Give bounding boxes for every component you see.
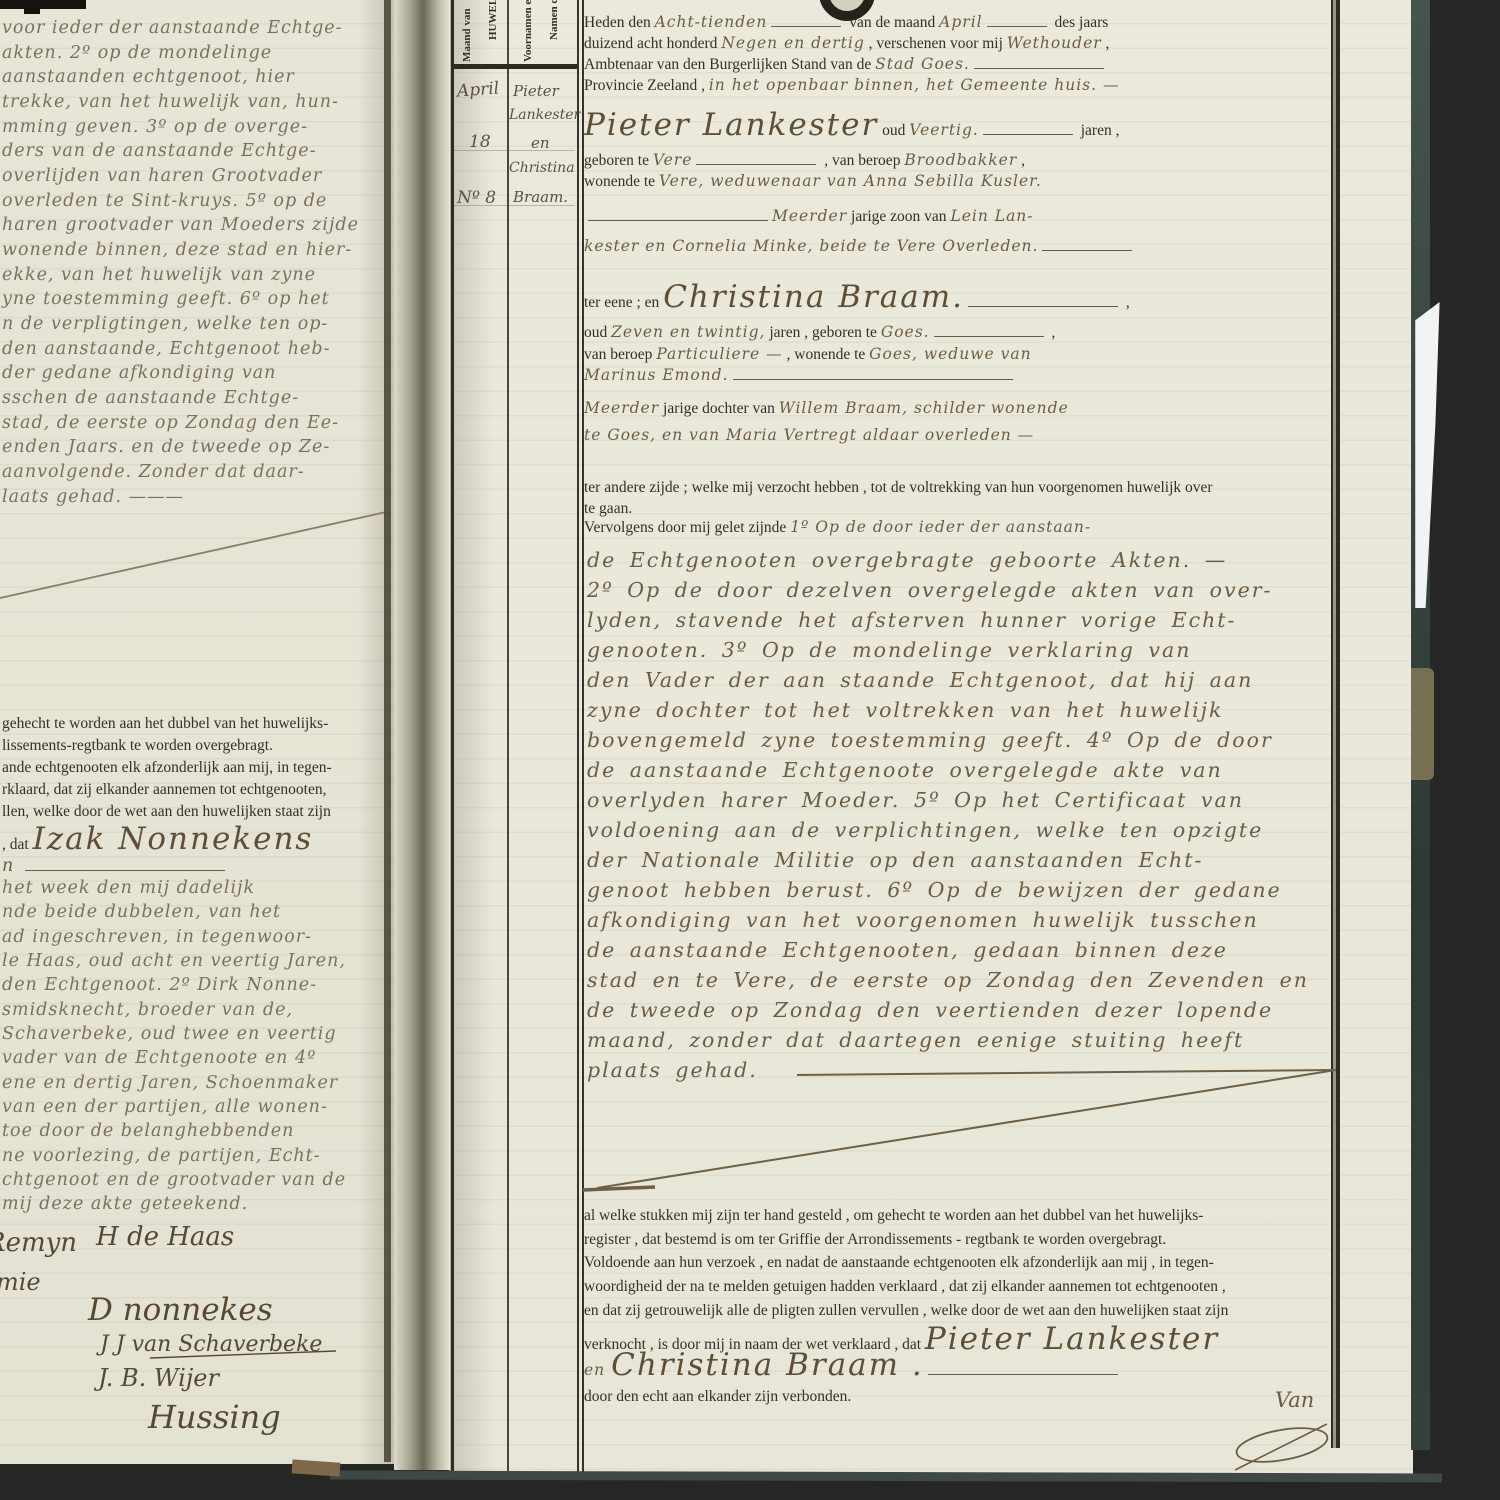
left-page-border-rule xyxy=(384,0,391,1462)
handwritten-line: ekke, van het huwelijk van zyne xyxy=(2,265,316,285)
handwritten-line: stad en te Vere, de eerste op Zondag den… xyxy=(587,968,1343,992)
form-line: Vervolgens door mij gelet zijnde 1º Op d… xyxy=(584,517,1344,538)
handwritten-line: voor ieder der aanstaande Echtge- xyxy=(2,18,343,38)
handwritten-text: Izak Nonnekens xyxy=(33,821,314,857)
spouse-name-entry: Braam. xyxy=(513,188,568,206)
printed-text: en dat zij getrouwelijk alle de pligten … xyxy=(584,1302,1228,1319)
printed-text: jaren , xyxy=(1077,122,1120,139)
printed-line: lissements-regtbank te worden overgebrag… xyxy=(2,737,273,755)
column-header-label: HUWELIJKS- xyxy=(487,0,499,40)
registrar-initial: Van xyxy=(1275,1388,1314,1412)
signature: mie xyxy=(0,1268,41,1296)
handwritten-line: afkondiging van het voorgenomen huwelijk… xyxy=(587,908,1343,932)
handwritten-line: laats gehad. ——— xyxy=(2,487,184,507)
printed-text: te gaan. xyxy=(584,500,632,517)
handwritten-line: aanvolgende. Zonder dat daar- xyxy=(2,462,305,482)
handwritten-text: Zeven en twintig, xyxy=(611,323,765,341)
margin-double-rule xyxy=(577,0,584,1476)
printed-text: Voldoende aan hun verzoek , en nadat de … xyxy=(584,1254,1214,1271)
fill-line xyxy=(733,369,1013,380)
printed-text: , van beroep xyxy=(820,152,904,169)
scan-edge-mark xyxy=(24,9,40,14)
fill-line xyxy=(1042,240,1132,251)
handwritten-line: de aanstaande Echtgenooten, gedaan binne… xyxy=(587,938,1343,962)
handwritten-text: in het openbaar binnen, het Gemeente hui… xyxy=(709,76,1120,94)
scan-edge-mark xyxy=(0,0,86,9)
handwritten-text: Vere, weduwenaar van Anna Sebilla Kusler… xyxy=(659,172,1042,190)
spouse-name-entry: en xyxy=(531,134,550,152)
printed-text: Provincie Zeeland , xyxy=(584,77,709,94)
column-header-rule xyxy=(454,64,577,69)
handwritten-line: aanstaanden echtgenoot, hier xyxy=(2,67,295,87)
handwritten-line: de aanstaande Echtgenoote overgelegde ak… xyxy=(587,758,1343,782)
column-header-month: Maand van HUWELIJKS- VOLTREKKING xyxy=(454,0,507,64)
signature: J J van Schaverbeke xyxy=(100,1332,322,1357)
printed-text: , xyxy=(1102,35,1110,52)
column-header-label: Maand van xyxy=(461,9,473,63)
printed-text: , verschenen voor mij xyxy=(865,35,1007,52)
printed-line: ande echtgenooten elk afzonderlijk aan m… xyxy=(2,759,332,777)
form-line: Marinus Emond. xyxy=(584,365,1344,386)
handwritten-line: den Vader der aan staande Echtgenoot, da… xyxy=(587,668,1343,692)
printed-text: Heden den xyxy=(584,14,655,31)
printed-text: , xyxy=(1122,294,1130,311)
spouse-name-entry: Lankester xyxy=(509,107,580,123)
handwritten-text: en xyxy=(584,1361,611,1379)
closing-line: door den echt aan elkander zijn verbonde… xyxy=(584,1386,1344,1407)
handwritten-line: de tweede op Zondag den veertienden deze… xyxy=(587,998,1343,1022)
signature: Remyn xyxy=(0,1228,77,1258)
form-line: duizend acht honderd Negen en dertig , v… xyxy=(584,33,1344,54)
printed-text: , wonende te xyxy=(783,346,870,363)
closing-line: woordigheid der na te melden getuigen ha… xyxy=(584,1276,1344,1297)
left-page: voor ieder der aanstaande Echtge- akten.… xyxy=(0,0,402,1464)
column-header-label: Namen der xyxy=(548,0,560,40)
handwritten-text: te Goes, en van Maria Vertregt aldaar ov… xyxy=(584,426,1034,444)
bookmark-slip xyxy=(1413,302,1441,608)
printed-text: register , dat bestemd is om ter Griffie… xyxy=(584,1231,1166,1248)
handwritten-text: April xyxy=(939,13,982,31)
handwritten-line: ne voorlezing, de partijen, Echt- xyxy=(2,1146,321,1166)
column-header-label: ECHTGENOOTEN xyxy=(574,0,575,40)
handwritten-line: plaats gehad. xyxy=(587,1058,1343,1082)
handwritten-text: Acht-tienden xyxy=(655,13,768,31)
fill-line xyxy=(928,1364,1118,1375)
handwritten-text: Negen en dertig xyxy=(721,34,864,52)
printed-line: gehecht te worden aan het dubbel van het… xyxy=(2,715,328,733)
leather-tab xyxy=(1411,668,1434,780)
printed-text: duizend acht honderd xyxy=(584,35,721,52)
handwritten-line: der Nationale Militie op den aanstaanden… xyxy=(587,848,1343,872)
handwritten-line: genoot hebben berust. 6º Op de bewijzen … xyxy=(587,878,1343,902)
strike-line-end xyxy=(583,1187,655,1190)
form-line: Meerder jarige zoon van Lein Lan- xyxy=(584,206,1344,227)
handwritten-line: trekke, van het huwelijk van, hun- xyxy=(2,92,339,112)
handwritten-line: n de verpligtingen, welke ten op- xyxy=(2,314,328,334)
printed-text: van de maand xyxy=(845,14,939,31)
printed-text: jarige dochter van xyxy=(659,400,779,417)
handwritten-line: der gedane afkondiging van xyxy=(2,363,276,383)
closing-line: register , dat bestemd is om ter Griffie… xyxy=(584,1229,1344,1250)
handwritten-line: ene en dertig Jaren, Schoenmaker xyxy=(2,1073,338,1093)
handwritten-line: het week den mij dadelijk xyxy=(2,878,255,898)
handwritten-line: yne toestemming geeft. 6º op het xyxy=(2,289,330,309)
form-line: geboren te Vere , van beroep Broodbakker… xyxy=(584,150,1344,171)
fill-line xyxy=(934,326,1044,337)
handwritten-line: mij deze akte geteekend. xyxy=(2,1194,248,1214)
groom-name-line: Pieter Lankester oud Veertig. jaren , xyxy=(584,108,1344,148)
gutter-shadow xyxy=(447,0,493,1476)
handwritten-text: Goes, weduwe van xyxy=(869,345,1031,363)
handwritten-line: le Haas, oud acht en veertig Jaren, xyxy=(2,951,346,971)
closing-line: al welke stukken mij zijn ter hand geste… xyxy=(584,1205,1344,1226)
printed-text: van beroep xyxy=(584,346,656,363)
handwritten-line: sschen de aanstaande Echtge- xyxy=(2,388,299,408)
form-line: van beroep Particuliere — , wonende te G… xyxy=(584,344,1344,365)
paraph-stroke xyxy=(1235,1424,1327,1470)
handwritten-line: Schaverbeke, oud twee en veertig xyxy=(2,1024,337,1044)
handwritten-line: haren grootvader van Moeders zijde xyxy=(2,215,359,235)
handwritten-line: genooten. 3º Op de mondelinge verklaring… xyxy=(587,638,1343,662)
printed-text: , xyxy=(1048,324,1056,341)
handwritten-text: Willem Braam, schilder wonende xyxy=(779,399,1069,417)
handwritten-line: chtgenoot en de grootvader van de xyxy=(2,1170,346,1190)
printed-text: wonende te xyxy=(584,173,659,190)
handwritten-line: toe door de belanghebbenden xyxy=(2,1121,294,1141)
handwritten-line: overlijden van haren Grootvader xyxy=(2,166,322,186)
printed-text: , xyxy=(1017,152,1025,169)
handwritten-line: den Echtgenoot. 2º Dirk Nonne- xyxy=(2,975,317,995)
strike-line xyxy=(0,512,386,598)
form-line: Ambtenaar van den Burgerlijken Stand van… xyxy=(584,54,1344,75)
fill-line xyxy=(968,296,1118,307)
column-separator-rule xyxy=(507,0,509,1476)
handwritten-line: nde beide dubbelen, van het xyxy=(2,902,281,922)
bride-name-line: ter eene ; en Christina Braam. , xyxy=(584,280,1344,320)
handwritten-line: stad, de eerste op Zondag den Ee- xyxy=(2,413,339,433)
handwritten-text: kester en Cornelia Minke, beide te Vere … xyxy=(584,237,1038,255)
printed-text: , dat xyxy=(2,836,33,853)
form-line: kester en Cornelia Minke, beide te Vere … xyxy=(584,236,1344,257)
handwritten-line: 2º Op de door dezelven overgelegde akten… xyxy=(587,578,1343,602)
handwritten-text: Wethouder xyxy=(1007,34,1102,52)
printed-text: jaren , geboren te xyxy=(765,324,880,341)
form-line: wonende te Vere, weduwenaar van Anna Seb… xyxy=(584,171,1344,192)
printed-line: rklaard, dat zij elkander aannemen tot e… xyxy=(2,781,327,799)
form-line: ter andere zijde ; welke mij verzocht he… xyxy=(584,477,1344,498)
act-number-entry: Nº 8 xyxy=(457,188,496,208)
month-entry: April xyxy=(456,79,499,102)
handwritten-text: Lein Lan- xyxy=(950,207,1033,225)
handwritten-text: Veertig. xyxy=(909,121,979,139)
handwritten-line: wonende binnen, deze stad en hier- xyxy=(2,240,352,260)
handwritten-text: n xyxy=(2,856,21,876)
fill-line xyxy=(588,210,768,221)
printed-text: woordigheid der na te melden getuigen ha… xyxy=(584,1278,1226,1295)
handwritten-line: enden Jaars. en de tweede op Ze- xyxy=(2,437,330,457)
right-page: Maand van HUWELIJKS- VOLTREKKING Voornam… xyxy=(447,0,1413,1476)
spouse-name-entry: Pieter xyxy=(513,82,559,100)
handwritten-line: ders van de aanstaande Echtge- xyxy=(2,141,317,161)
fill-line xyxy=(983,124,1073,135)
handwritten-text: Stad Goes. xyxy=(875,55,970,73)
signature: J. B. Wijer xyxy=(98,1364,219,1392)
handwritten-line: n xyxy=(2,856,229,876)
handwritten-line: voldoening aan de verplichtingen, welke … xyxy=(587,818,1343,842)
fill-line xyxy=(25,859,225,871)
strike-line xyxy=(597,1070,1336,1188)
handwritten-text: Christina Braam . xyxy=(611,1347,924,1383)
closing-line: Voldoende aan hun verzoek , en nadat de … xyxy=(584,1252,1344,1273)
printed-text: Vervolgens door mij gelet zijnde xyxy=(584,519,790,536)
form-line: Provincie Zeeland , in het openbaar binn… xyxy=(584,75,1344,96)
handwritten-line: vader van de Echtgenoote en 4º xyxy=(2,1048,316,1068)
handwritten-text: Vere xyxy=(653,151,693,169)
handwritten-text: Meerder xyxy=(772,207,847,225)
handwritten-line: van een der partijen, alle wonen- xyxy=(2,1097,328,1117)
printed-text: jarige zoon van xyxy=(847,208,950,225)
handwritten-text: Particuliere — xyxy=(656,345,782,363)
printed-text: al welke stukken mij zijn ter hand geste… xyxy=(584,1207,1203,1224)
signature: Hussing xyxy=(148,1398,281,1436)
handwritten-line: bovengemeld zyne toestemming geeft. 4º O… xyxy=(587,728,1343,752)
form-line: Meerder jarige dochter van Willem Braam,… xyxy=(584,398,1344,419)
handwritten-text: Meerder xyxy=(584,399,659,417)
fill-line xyxy=(987,16,1047,27)
printed-text: ter eene ; en xyxy=(584,294,663,311)
handwritten-line: overlyden harer Moeder. 5º Op het Certif… xyxy=(587,788,1343,812)
handwritten-text: Marinus Emond. xyxy=(584,366,729,384)
printed-text: oud xyxy=(878,122,909,139)
printed-text: ter andere zijde ; welke mij verzocht he… xyxy=(584,479,1213,496)
column-header-names: Voornamen en Namen der ECHTGENOOTEN xyxy=(509,0,575,64)
printed-text: Ambtenaar van den Burgerlijken Stand van… xyxy=(584,56,875,73)
handwritten-line: mming geven. 3º op de overge- xyxy=(2,117,308,137)
signature: H de Haas xyxy=(96,1222,234,1252)
handwritten-line: smidsknecht, broeder van de, xyxy=(2,1000,293,1020)
printed-line: llen, welke door de wet aan den huwelijk… xyxy=(2,803,331,821)
book-gutter xyxy=(394,0,450,1470)
handwritten-line: maand, zonder dat daartegen eenige stuit… xyxy=(587,1028,1343,1052)
handwritten-text: Broodbakker xyxy=(904,151,1017,169)
closing-line: en dat zij getrouwelijk alle de pligten … xyxy=(584,1300,1344,1321)
handwritten-line: lyden, stavende het afsterven hunner vor… xyxy=(587,608,1343,632)
register-book-scan: voor ieder der aanstaande Echtge- akten.… xyxy=(0,0,1500,1500)
day-entry: 18 xyxy=(469,132,491,152)
form-line: Heden den Acht-tienden van de maand Apri… xyxy=(584,12,1344,33)
fill-line xyxy=(696,154,816,165)
fill-line xyxy=(974,58,1104,69)
printed-text: oud xyxy=(584,324,611,341)
cover-bottom-edge xyxy=(330,1471,1442,1483)
column-header-label: Voornamen en xyxy=(522,0,534,62)
handwritten-line: overleden te Sint-kruys. 5º op de xyxy=(2,191,327,211)
handwritten-line: den aanstaande, Echtgenoot heb- xyxy=(2,339,330,359)
form-line: te gaan. xyxy=(584,498,1344,519)
handwritten-line: de Echtgenooten overgebragte geboorte Ak… xyxy=(587,548,1343,572)
bride-name-declaration-line: en Christina Braam . xyxy=(584,1348,1344,1388)
handwritten-text: Goes. xyxy=(881,323,930,341)
signature: D nonnekes xyxy=(88,1292,273,1328)
handwritten-line: zyne dochter tot het voltrekken van het … xyxy=(587,698,1343,722)
cover-corner xyxy=(292,1459,341,1476)
handwritten-text: 1º Op de door ieder der aanstaan- xyxy=(790,518,1091,536)
handwritten-text: Christina Braam. xyxy=(663,279,964,315)
spouse-name-entry: Christina xyxy=(509,160,575,176)
printed-text: geboren te xyxy=(584,152,653,169)
handwritten-line: akten. 2º op de mondelinge xyxy=(2,43,272,63)
printed-text: des jaars xyxy=(1051,14,1109,31)
form-line: te Goes, en van Maria Vertregt aldaar ov… xyxy=(584,425,1344,446)
form-line: oud Zeven en twintig, jaren , geboren te… xyxy=(584,322,1344,343)
handwritten-text: Pieter Lankester xyxy=(584,107,878,143)
registrar-paraph xyxy=(1234,1422,1330,1468)
printed-text: door den echt aan elkander zijn verbonde… xyxy=(584,1388,851,1405)
handwritten-line: ad ingeschreven, in tegenwoor- xyxy=(2,927,312,947)
fill-line xyxy=(771,16,841,27)
